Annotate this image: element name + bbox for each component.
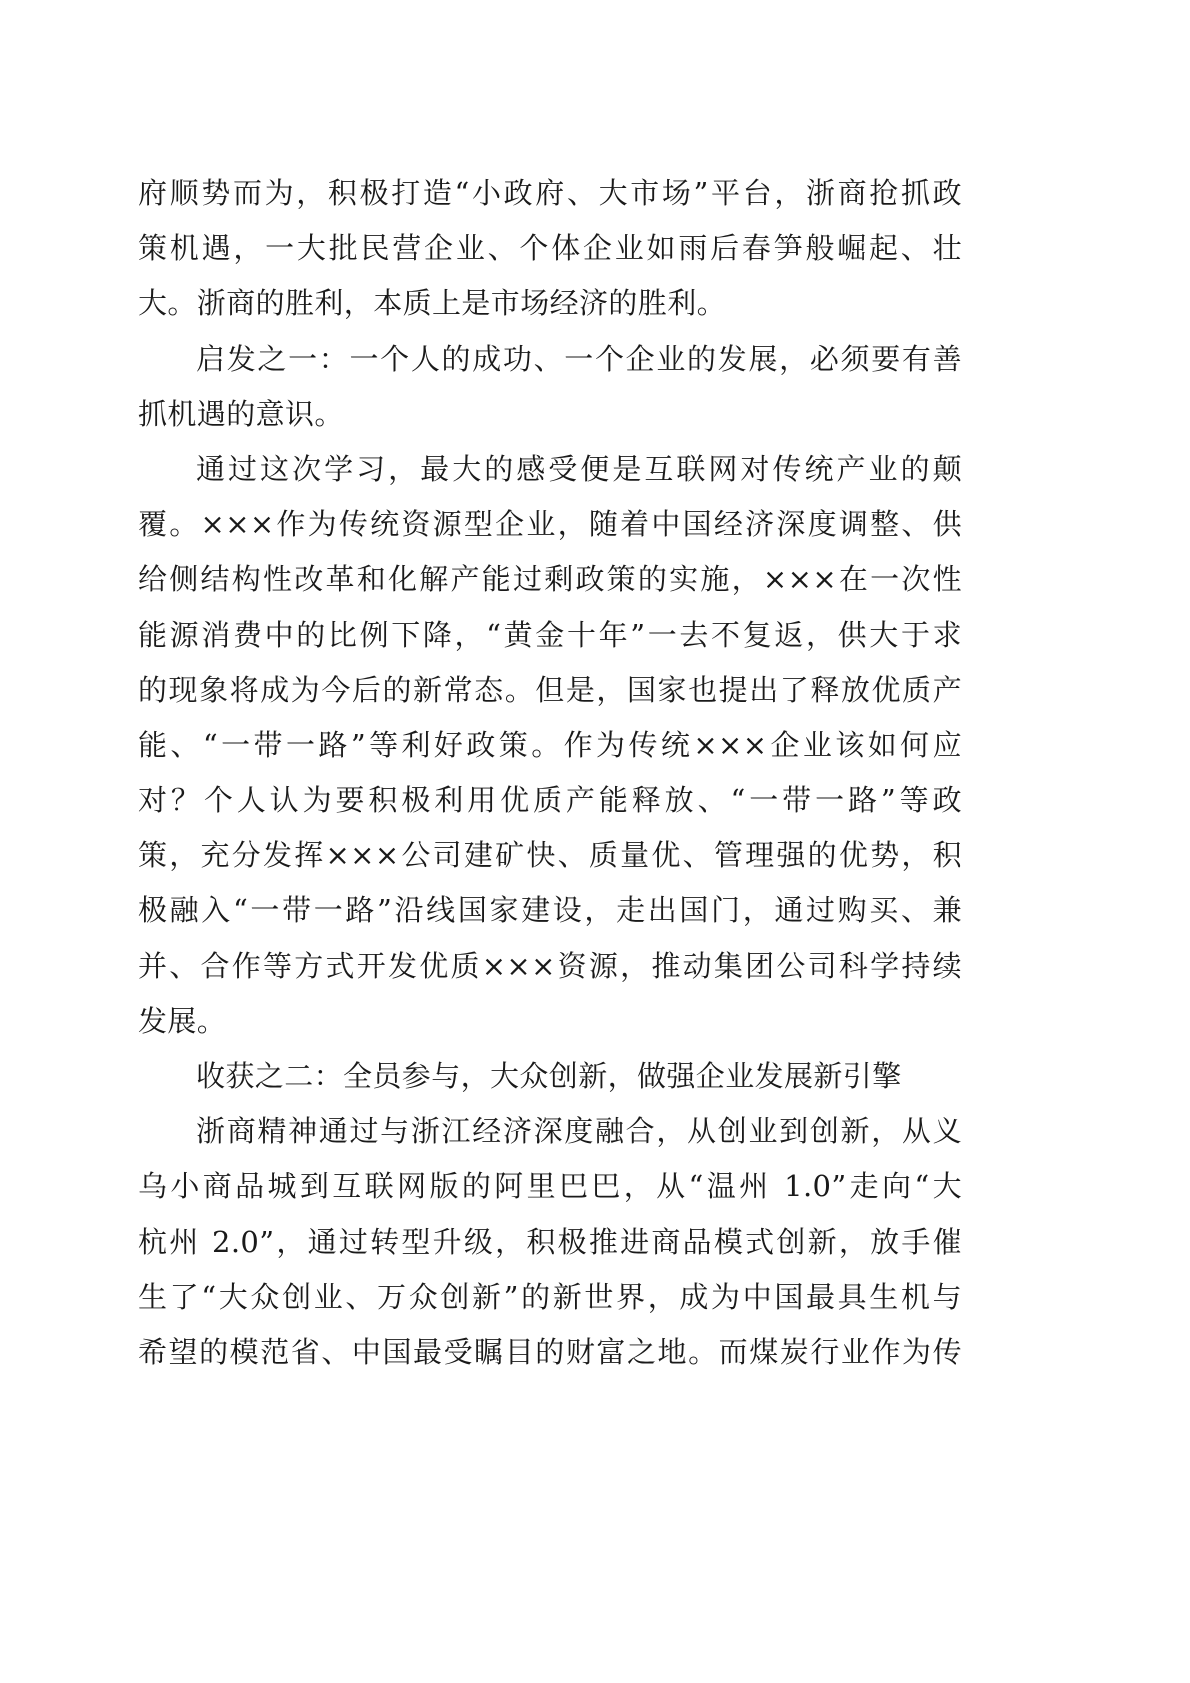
text-line: 策机遇，一大批民营企业、个体企业如雨后春笋般崛起、壮 [138,221,962,276]
text-line: 杭州 2.0”，通过转型升级，积极推进商品模式创新，放手催 [138,1215,962,1270]
heading-line: 收获之二：全员参与，大众创新，做强企业发展新引擎 [138,1049,962,1104]
text-line: 对？个人认为要积极利用优质产能释放、“一带一路”等政 [138,773,962,828]
text-line: 启发之一：一个人的成功、一个企业的发展，必须要有善 [138,332,962,387]
text-line: 通过这次学习，最大的感受便是互联网对传统产业的颠 [138,442,962,497]
paragraph-zhejiang-innovation: 浙商精神通过与浙江经济深度融合，从创业到创新，从义 乌小商品城到互联网版的阿里巴… [138,1104,962,1380]
text-line: 能、“一带一路”等利好政策。作为传统×××企业该如何应 [138,718,962,773]
text-line: 的现象将成为今后的新常态。但是，国家也提出了释放优质产 [138,663,962,718]
text-line: 能源消费中的比例下降，“黄金十年”一去不复返，供大于求 [138,608,962,663]
text-line: 极融入“一带一路”沿线国家建设，走出国门，通过购买、兼 [138,883,962,938]
text-line: 策，充分发挥×××公司建矿快、质量优、管理强的优势，积 [138,828,962,883]
paragraph-continuation: 府顺势而为，积极打造“小政府、大市场”平台，浙商抢抓政 策机遇，一大批民营企业、… [138,166,962,332]
paragraph-internet-disruption: 通过这次学习，最大的感受便是互联网对传统产业的颠 覆。×××作为传统资源型企业，… [138,442,962,1049]
text-line: 大。浙商的胜利，本质上是市场经济的胜利。 [138,276,962,331]
paragraph-inspiration-one: 启发之一：一个人的成功、一个企业的发展，必须要有善 抓机遇的意识。 [138,332,962,442]
text-line: 浙商精神通过与浙江经济深度融合，从创业到创新，从义 [138,1104,962,1159]
text-line: 希望的模范省、中国最受瞩目的财富之地。而煤炭行业作为传 [138,1325,962,1380]
text-line: 覆。×××作为传统资源型企业，随着中国经济深度调整、供 [138,497,962,552]
text-line: 发展。 [138,994,962,1049]
text-line: 给侧结构性改革和化解产能过剩政策的实施，×××在一次性 [138,552,962,607]
text-line: 乌小商品城到互联网版的阿里巴巴，从“温州 1.0”走向“大 [138,1159,962,1214]
text-line: 并、合作等方式开发优质×××资源，推动集团公司科学持续 [138,939,962,994]
text-line: 生了“大众创业、万众创新”的新世界，成为中国最具生机与 [138,1270,962,1325]
section-heading-harvest-two: 收获之二：全员参与，大众创新，做强企业发展新引擎 [138,1049,962,1104]
text-line: 府顺势而为，积极打造“小政府、大市场”平台，浙商抢抓政 [138,166,962,221]
text-line: 抓机遇的意识。 [138,387,962,442]
document-page: 府顺势而为，积极打造“小政府、大市场”平台，浙商抢抓政 策机遇，一大批民营企业、… [138,166,962,1380]
